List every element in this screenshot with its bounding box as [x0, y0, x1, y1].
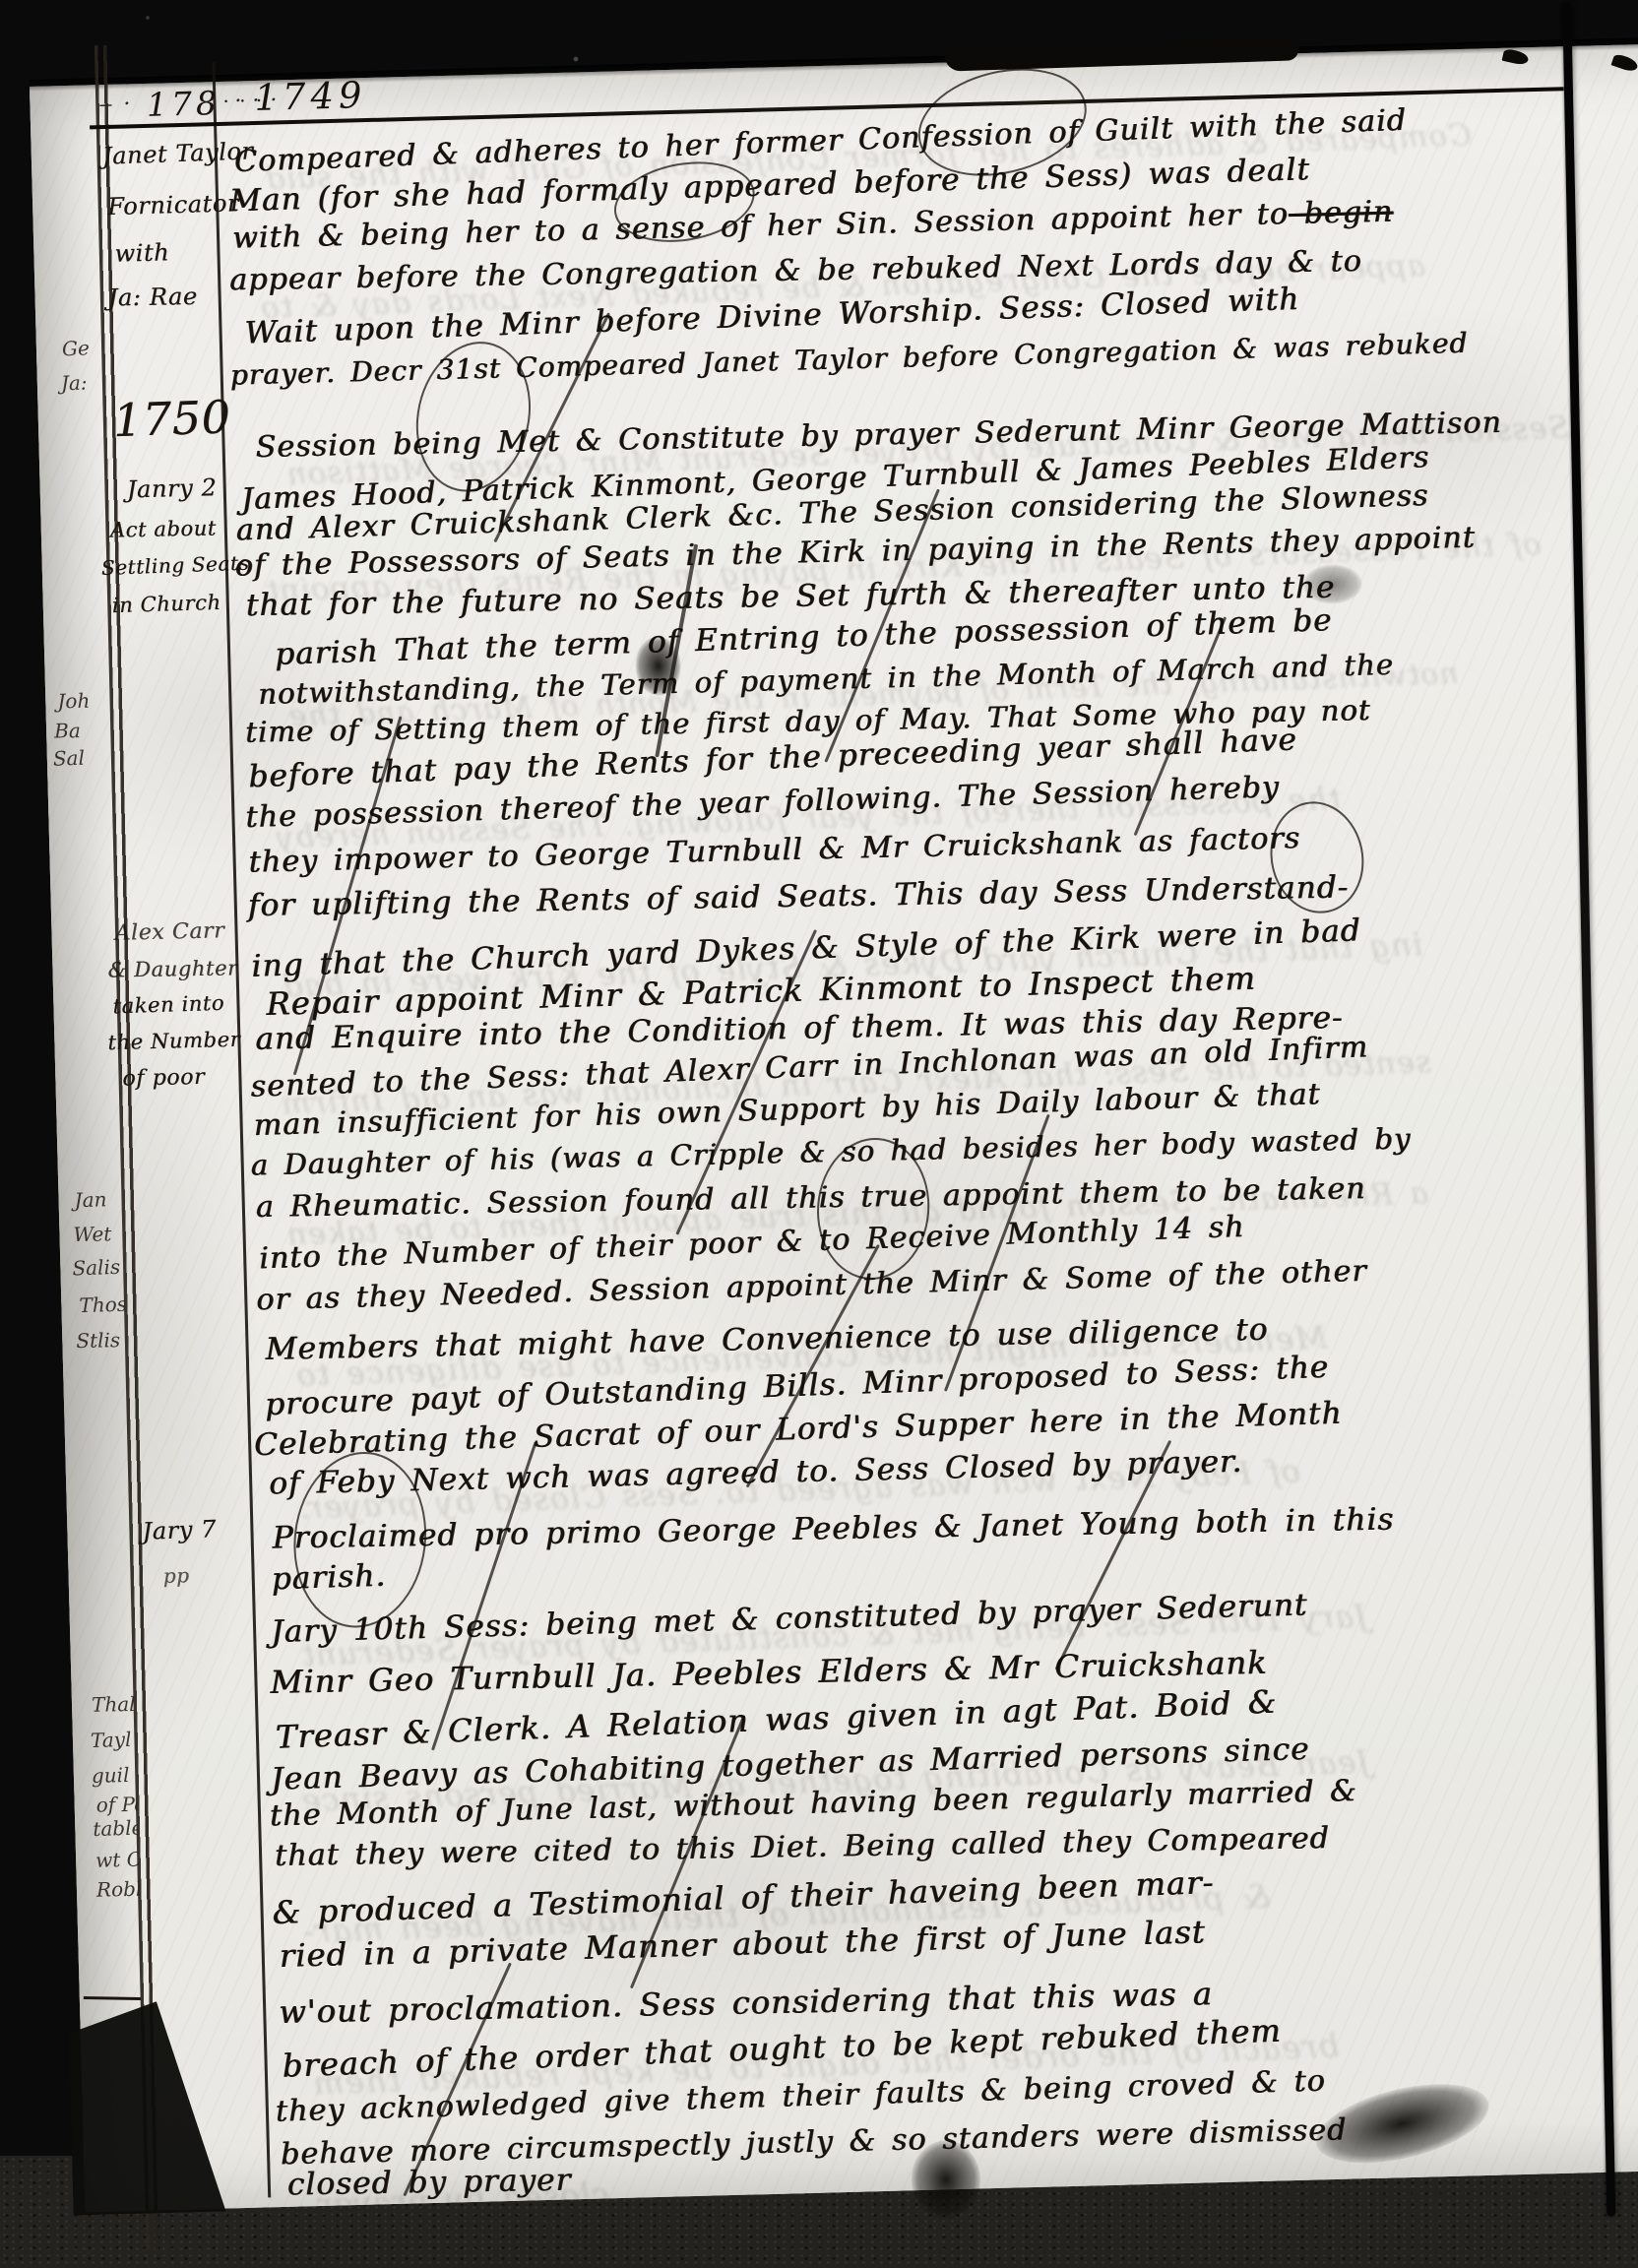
manuscript-scan: GeJa:JohBaSalJanWetSalisThosStlisThalTay…	[0, 0, 1638, 2268]
register-page: GeJa:JohBaSalJanWetSalisThosStlisThalTay…	[30, 42, 1638, 2212]
record-line: Jary 10th Sess: being met & constituted …	[271, 1591, 1308, 1649]
record-line: closed by prayer	[287, 2166, 572, 2201]
record-line: they impower to George Turnbull & Mr Cru…	[248, 824, 1300, 878]
record-text-block: Compeared & adheres to her former Confes…	[30, 42, 1638, 2212]
record-line: Proclaimed pro primo George Peebles & Ja…	[272, 1505, 1394, 1554]
record-line: for uplifting the Rents of said Seats. T…	[248, 872, 1350, 921]
